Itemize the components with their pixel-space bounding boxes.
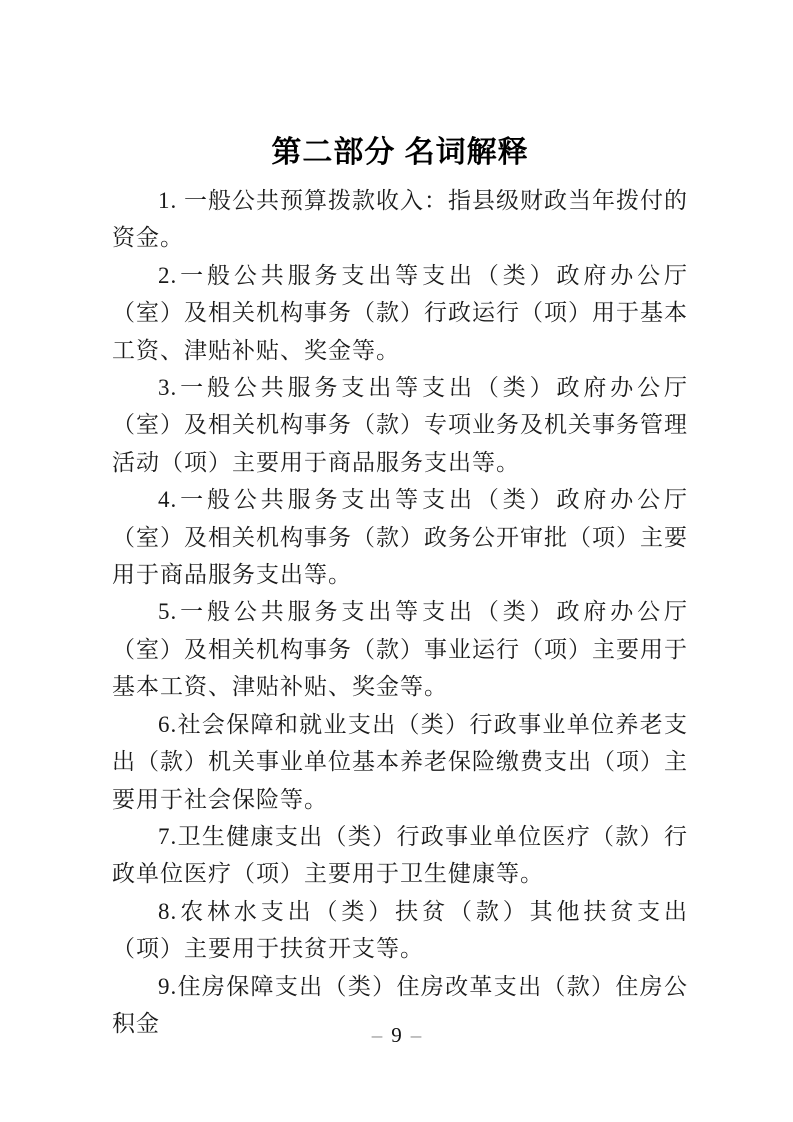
document-body: 第二部分 名词解释 1. 一般公共预算拨款收入：指县级财政当年拨付的资金。 2.… xyxy=(112,136,688,1042)
paragraph-7: 7.卫生健康支出（类）行政事业单位医疗（款）行政单位医疗（项）主要用于卫生健康等… xyxy=(112,818,688,893)
paragraph-5: 5.一般公共服务支出等支出（类）政府办公厅（室）及相关机构事务（款）事业运行（项… xyxy=(112,593,688,705)
paragraph-8: 8.农林水支出（类）扶贫（款）其他扶贫支出（项）主要用于扶贫开支等。 xyxy=(112,893,688,968)
section-title: 第二部分 名词解释 xyxy=(112,136,688,170)
page-footer: –9– xyxy=(0,1022,793,1048)
paragraph-4: 4.一般公共服务支出等支出（类）政府办公厅（室）及相关机构事务（款）政务公开审批… xyxy=(112,481,688,593)
footer-right-dash: – xyxy=(411,1023,422,1047)
paragraph-1: 1. 一般公共预算拨款收入：指县级财政当年拨付的资金。 xyxy=(112,182,688,257)
document-page: 第二部分 名词解释 1. 一般公共预算拨款收入：指县级财政当年拨付的资金。 2.… xyxy=(0,0,793,1122)
paragraph-6: 6.社会保障和就业支出（类）行政事业单位养老支出（款）机关事业单位基本养老保险缴… xyxy=(112,706,688,818)
footer-left-dash: – xyxy=(372,1023,383,1047)
page-number: 9 xyxy=(391,1022,402,1048)
paragraph-2: 2.一般公共服务支出等支出（类）政府办公厅（室）及相关机构事务（款）行政运行（项… xyxy=(112,257,688,369)
paragraph-3: 3.一般公共服务支出等支出（类）政府办公厅（室）及相关机构事务（款）专项业务及机… xyxy=(112,369,688,481)
